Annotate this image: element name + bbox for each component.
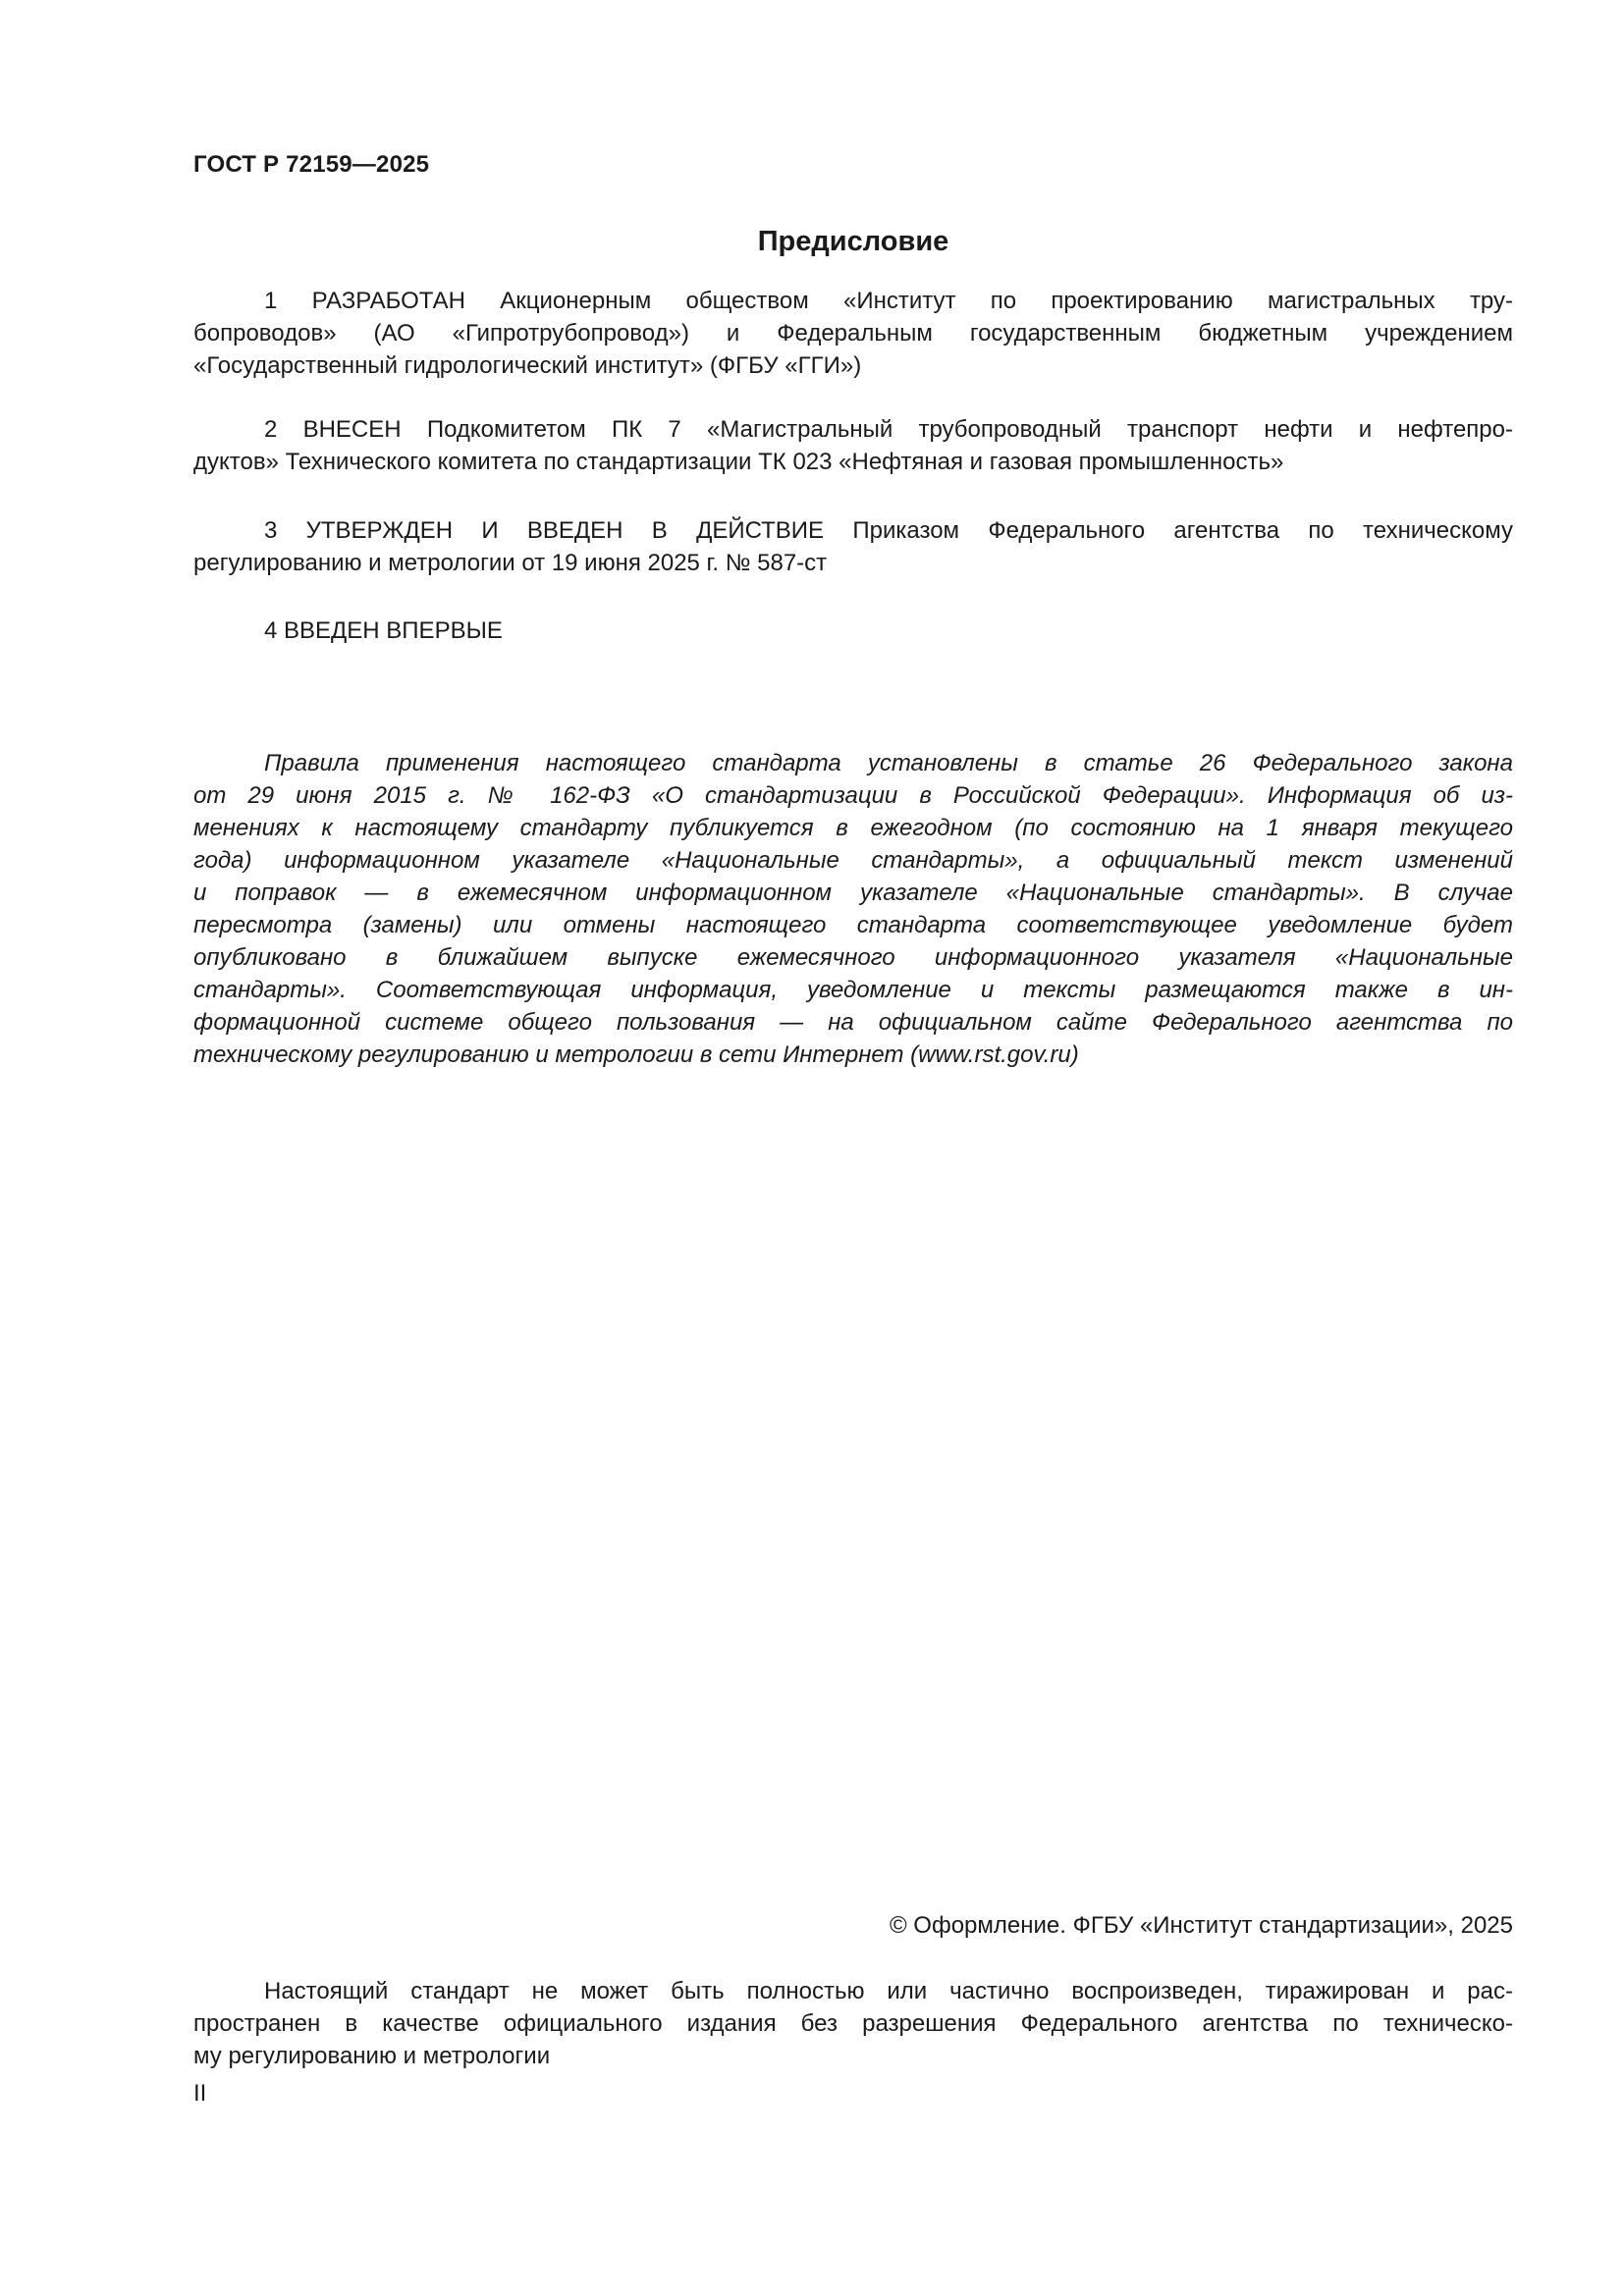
text-line: от 29 июня 2015 г. № 162-ФЗ «О стандарти… — [193, 779, 1513, 812]
foreword-item-2: 2 ВНЕСЕН Подкомитетом ПК 7 «Магистральны… — [193, 413, 1513, 478]
standard-code-header: ГОСТ Р 72159—2025 — [193, 151, 429, 179]
text-line: формационной системе общего пользования … — [193, 1006, 1513, 1039]
text-line: года) информационном указателе «Национал… — [193, 844, 1513, 877]
reproduction-notice: Настоящий стандарт не может быть полност… — [193, 1975, 1513, 2072]
text-line: Настоящий стандарт не может быть полност… — [193, 1975, 1513, 2007]
copyright-notice: © Оформление. ФГБУ «Институт стандартиза… — [890, 1909, 1513, 1942]
foreword-item-3: 3 УТВЕРЖДЕН И ВВЕДЕН В ДЕЙСТВИЕ Приказом… — [193, 514, 1513, 579]
text-line: дуктов» Технического комитета по стандар… — [193, 446, 1513, 478]
text-line: и поправок — в ежемесячном информационно… — [193, 877, 1513, 909]
text-line: му регулированию и метрологии — [193, 2040, 1513, 2072]
text-line: техническому регулированию и метрологии … — [193, 1039, 1513, 1071]
text-line: 3 УТВЕРЖДЕН И ВВЕДЕН В ДЕЙСТВИЕ Приказом… — [193, 514, 1513, 547]
text-line: «Государственный гидрологический институ… — [193, 349, 1513, 382]
page-title: Предисловие — [193, 226, 1513, 258]
foreword-item-4: 4 ВВЕДЕН ВПЕРВЫЕ — [193, 614, 1513, 647]
document-page: ГОСТ Р 72159—2025 Предисловие 1 РАЗРАБОТ… — [193, 0, 1513, 2296]
text-line: менениях к настоящему стандарту публикуе… — [193, 812, 1513, 844]
text-line: 4 ВВЕДЕН ВПЕРВЫЕ — [193, 614, 1513, 647]
text-line: Правила применения настоящего стандарта … — [193, 747, 1513, 779]
application-rules-paragraph: Правила применения настоящего стандарта … — [193, 747, 1513, 1071]
page-number: II — [193, 2077, 206, 2109]
foreword-item-1: 1 РАЗРАБОТАН Акционерным обществом «Инст… — [193, 285, 1513, 382]
text-line: пространен в качестве официального издан… — [193, 2007, 1513, 2040]
text-line: пересмотра (замены) или отмены настоящег… — [193, 909, 1513, 941]
text-line: стандарты». Соответствующая информация, … — [193, 974, 1513, 1006]
text-line: регулированию и метрологии от 19 июня 20… — [193, 547, 1513, 579]
text-line: бопроводов» (АО «Гипротрубопровод») и Фе… — [193, 317, 1513, 349]
text-line: 1 РАЗРАБОТАН Акционерным обществом «Инст… — [193, 285, 1513, 317]
text-line: опубликовано в ближайшем выпуске ежемеся… — [193, 941, 1513, 974]
text-line: 2 ВНЕСЕН Подкомитетом ПК 7 «Магистральны… — [193, 413, 1513, 446]
